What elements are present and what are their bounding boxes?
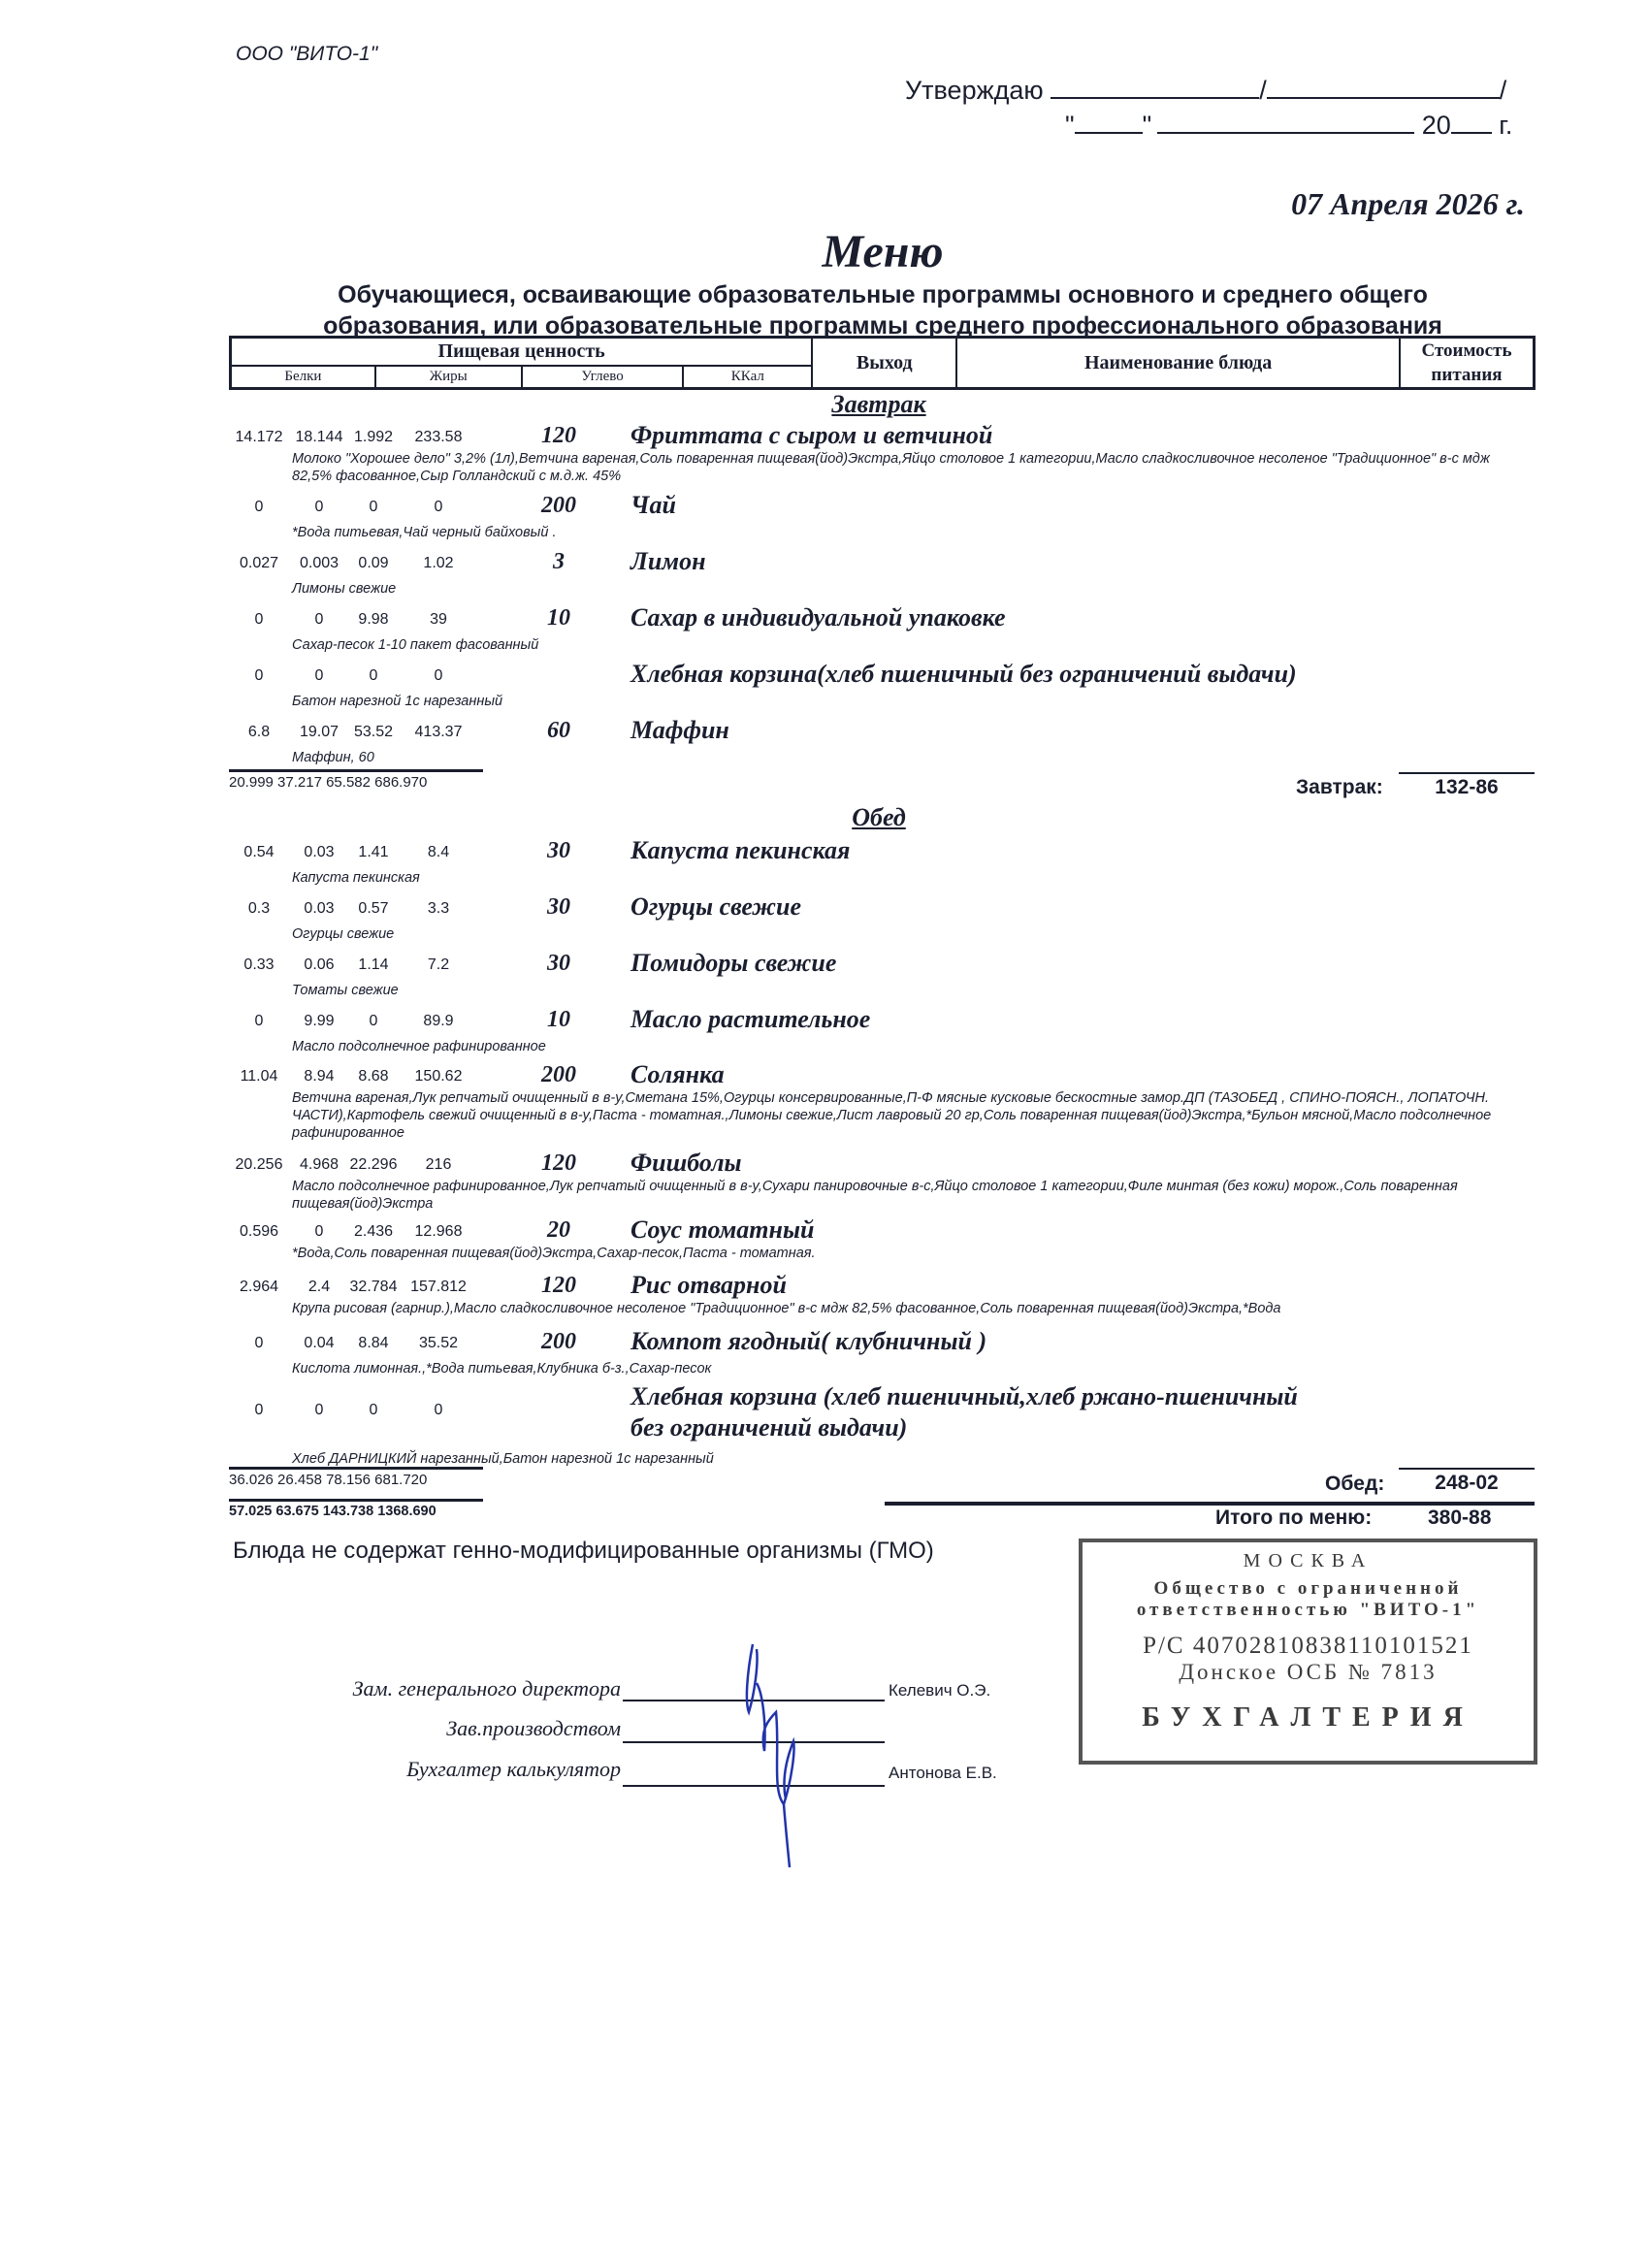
dish-name: Чай [630,491,676,520]
nutrition-carbs: 32.784 [343,1279,404,1296]
nutrition-fat: 0.003 [289,555,349,572]
nutrition-kcal: 0 [408,1402,469,1419]
nutrition-carbs: 2.436 [343,1223,404,1241]
page-subtitle: Обучающиеся, осваивающие образовательные… [233,279,1533,341]
nutrition-kcal: 233.58 [408,429,469,446]
breakfast-nutrition-totals: 20.999 37.217 65.582 686.970 [229,769,483,791]
carbs-header: Углево [522,366,684,388]
dish-name: Капуста пекинская [630,836,850,865]
dish-name: Фишболы [630,1149,742,1178]
nutrition-protein: 0 [229,499,289,516]
nutrition-protein: 2.964 [229,1279,289,1296]
dish-ingredients: Ветчина вареная,Лук репчатый очищенный в… [292,1089,1504,1142]
nutrition-protein: 11.04 [229,1068,289,1085]
item-yield: 30 [520,894,598,921]
dish-ingredients: Молоко "Хорошее дело" 3,2% (1л),Ветчина … [292,450,1504,485]
nutrition-kcal: 0 [408,667,469,685]
nutrition-kcal: 89.9 [408,1013,469,1030]
dish-name: Фриттата с сыром и ветчиной [630,421,992,450]
nutrition-fat: 0 [289,1402,349,1419]
dish-ingredients: *Вода питьевая,Чай черный байховый . [292,524,1504,541]
signature-name-deputy-director: Келевич О.Э. [889,1681,990,1701]
item-yield: 10 [520,1007,598,1033]
grand-nutrition-totals: 57.025 63.675 143.738 1368.690 [229,1499,483,1519]
nutrition-carbs: 0.09 [343,555,404,572]
nutrition-protein: 0.3 [229,900,289,918]
menu-date: 07 Апреля 2026 г. [1291,186,1525,222]
nutrition-carbs: 8.68 [343,1068,404,1085]
breakfast-total-value: 132-86 [1399,772,1535,799]
dish-ingredients: Маффин, 60 [292,749,1504,766]
dish-ingredients: Лимоны свежие [292,580,1504,598]
nutrition-carbs: 0 [343,1402,404,1419]
nutrition-protein: 0 [229,667,289,685]
dish-ingredients: Масло подсолнечное рафинированное [292,1038,1504,1055]
nutrition-kcal: 35.52 [408,1335,469,1352]
nutrition-protein: 0.54 [229,844,289,861]
dish-name: Сахар в индивидуальной упаковке [630,603,1006,632]
grand-total-divider [885,1502,1535,1506]
nutrition-fat: 0 [289,499,349,516]
item-yield: 120 [520,1273,598,1299]
nutrition-carbs: 22.296 [343,1156,404,1174]
approve-signature-blank [1051,76,1259,99]
fat-header: Жиры [375,366,522,388]
dish-name: Компот ягодный( клубничный ) [630,1327,986,1356]
gmo-note: Блюда не содержат генно-модифицированные… [233,1538,934,1565]
nutrition-protein: 0.027 [229,555,289,572]
nutrition-fat: 18.144 [289,429,349,446]
item-yield: 30 [520,838,598,864]
dish-name: Соус томатный [630,1215,814,1245]
dish-name: Помидоры свежие [630,949,836,978]
dish-ingredients: Капуста пекинская [292,869,1504,887]
nutrition-fat: 9.99 [289,1013,349,1030]
nutrition-kcal: 157.812 [408,1279,469,1296]
nutrition-protein: 0 [229,1013,289,1030]
nutrition-protein: 0 [229,611,289,629]
nutrition-fat: 0 [289,611,349,629]
nutrition-protein: 20.256 [229,1156,289,1174]
nutrition-carbs: 53.52 [343,724,404,741]
signature-name-accountant: Антонова Е.В. [889,1764,997,1783]
dish-name: Масло растительное [630,1005,870,1034]
item-yield: 30 [520,951,598,977]
dish-name: Лимон [630,547,706,576]
item-yield: 120 [520,1150,598,1177]
grand-total-label: Итого по меню: [1215,1507,1372,1530]
dish-name-header: Наименование блюда [956,338,1400,389]
nutrition-fat: 19.07 [289,724,349,741]
nutrition-kcal: 413.37 [408,724,469,741]
dish-name-continued: без ограничений выдачи) [630,1413,907,1442]
item-yield: 120 [520,423,598,449]
protein-header: Белки [231,366,375,388]
nutrition-fat: 0 [289,667,349,685]
page-title: Меню [0,225,1649,278]
kcal-header: ККал [683,366,812,388]
item-yield: 200 [520,1329,598,1355]
handwritten-signature-icon [737,1635,844,1867]
signature-role-deputy-director: Зам. генерального директора [281,1676,621,1701]
dish-ingredients: Огурцы свежие [292,925,1504,943]
nutrition-kcal: 39 [408,611,469,629]
item-yield: 200 [520,493,598,519]
nutrition-carbs: 1.41 [343,844,404,861]
dish-name: Огурцы свежие [630,892,801,922]
nutrition-fat: 0 [289,1223,349,1241]
nutrition-kcal: 0 [408,499,469,516]
dish-ingredients: Батон нарезной 1с нарезанный [292,693,1504,710]
nutrition-kcal: 12.968 [408,1223,469,1241]
column-header-table: Пищевая ценность Выход Наименование блюд… [229,336,1536,390]
dish-ingredients: Томаты свежие [292,982,1504,999]
nutrition-carbs: 0 [343,1013,404,1030]
item-yield: 60 [520,718,598,744]
nutrition-carbs: 0.57 [343,900,404,918]
nutrition-kcal: 216 [408,1156,469,1174]
item-yield: 200 [520,1062,598,1088]
lunch-total-label: Обед: [1325,1473,1384,1496]
lunch-total-value: 248-02 [1399,1468,1535,1495]
approval-date-line: "" 20 г. [1065,111,1512,141]
nutrition-protein: 6.8 [229,724,289,741]
nutrition-kcal: 8.4 [408,844,469,861]
nutrition-protein: 0 [229,1335,289,1352]
approval-line: Утверждаю // [905,76,1506,106]
signature-role-production-head: Зав.производством [281,1716,621,1741]
approve-label: Утверждаю [905,76,1044,105]
breakfast-total-label: Завтрак: [1296,776,1383,799]
nutrition-kcal: 7.2 [408,956,469,974]
grand-total-value: 380-88 [1428,1507,1491,1530]
nutrition-kcal: 150.62 [408,1068,469,1085]
dish-ingredients: Кислота лимонная.,*Вода питьевая,Клубник… [292,1360,1504,1377]
organization-name: ООО "ВИТО-1" [236,43,377,66]
dish-ingredients: Масло подсолнечное рафинированное,Лук ре… [292,1178,1504,1213]
dish-ingredients: Хлеб ДАРНИЦКИЙ нарезанный,Батон нарезной… [292,1450,1504,1468]
yield-header: Выход [812,338,956,389]
nutrition-protein: 0 [229,1402,289,1419]
dish-name: Маффин [630,716,729,745]
nutrition-kcal: 3.3 [408,900,469,918]
dish-name: Рис отварной [630,1271,787,1300]
nutrition-fat: 8.94 [289,1068,349,1085]
nutrition-fat: 0.03 [289,900,349,918]
nutrition-carbs: 1.14 [343,956,404,974]
dish-name: Хлебная корзина (хлеб пшеничный,хлеб ржа… [630,1382,1298,1411]
nutrition-carbs: 0 [343,667,404,685]
nutrition-carbs: 0 [343,499,404,516]
nutrition-carbs: 8.84 [343,1335,404,1352]
section-breakfast: Завтрак [811,390,947,419]
approve-name-blank [1267,76,1500,99]
nutrition-carbs: 1.992 [343,429,404,446]
dish-ingredients: Сахар-песок 1-10 пакет фасованный [292,636,1504,654]
signature-role-accountant: Бухгалтер калькулятор [281,1757,621,1782]
company-stamp: МОСКВА Общество с ограниченной ответстве… [1079,1539,1537,1765]
nutrition-protein: 14.172 [229,429,289,446]
nutrition-carbs: 9.98 [343,611,404,629]
nutrition-protein: 0.596 [229,1223,289,1241]
dish-ingredients: Крупа рисовая (гарнир.),Масло сладкослив… [292,1300,1504,1317]
section-lunch: Обед [830,803,927,832]
nutrition-kcal: 1.02 [408,555,469,572]
nutrition-fat: 2.4 [289,1279,349,1296]
nutrition-fat: 4.968 [289,1156,349,1174]
nutrition-protein: 0.33 [229,956,289,974]
item-yield: 20 [520,1217,598,1244]
dish-name: Солянка [630,1060,725,1089]
item-yield: 3 [520,549,598,575]
nutrition-header: Пищевая ценность [231,338,813,367]
cost-header: Стоимость питания [1400,338,1535,389]
nutrition-fat: 0.04 [289,1335,349,1352]
nutrition-fat: 0.03 [289,844,349,861]
item-yield: 10 [520,605,598,632]
lunch-nutrition-totals: 36.026 26.458 78.156 681.720 [229,1467,483,1488]
nutrition-fat: 0.06 [289,956,349,974]
dish-name: Хлебная корзина(хлеб пшеничный без огран… [630,660,1297,689]
dish-ingredients: *Вода,Соль поваренная пищевая(йод)Экстра… [292,1245,1504,1262]
